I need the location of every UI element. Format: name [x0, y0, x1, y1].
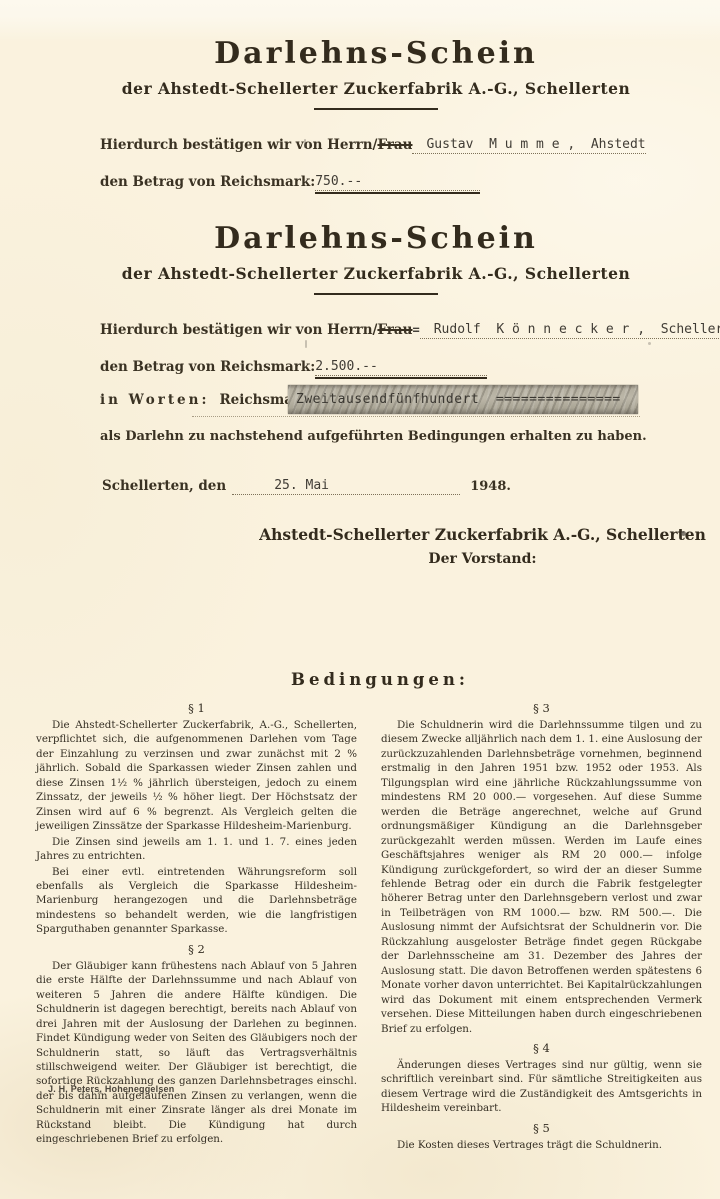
confirm-label: Hierdurch bestätigen wir von Herrn/Frau	[100, 137, 412, 153]
amount-line-top: den Betrag von Reichsmark: 750.--	[100, 174, 480, 191]
amount-label: den Betrag von Reichsmark:	[100, 174, 315, 190]
confirm-label-struck-frau: Frau	[377, 137, 412, 153]
confirm-label-struck-frau-2: Frau	[377, 322, 412, 338]
confirm-name-line-main: Hierdurch bestätigen wir von Herrn/Frau=…	[100, 322, 700, 339]
typewriter-overstrike: =	[412, 323, 419, 337]
section-1-paragraph: Bei einer evtl. eintretenden Währungsref…	[36, 865, 357, 937]
typed-name-value-2: Rudolf K ö n n e c k e r , Schellerten	[420, 322, 720, 337]
date-fill-line: 25. Mai	[232, 478, 460, 495]
printer-imprint: J. H. Peters, Hoheneggelsen	[48, 1084, 174, 1094]
section-5-paragraph: Die Kosten dieses Vertrages trägt die Sc…	[381, 1138, 702, 1152]
section-3-heading: § 3	[381, 701, 702, 715]
amount-fill-line: 750.--	[315, 174, 480, 191]
section-2-paragraph: Der Gläubiger kann frühestens nach Ablau…	[36, 959, 357, 1147]
confirm-label-2: Hierdurch bestätigen wir von Herrn/Frau=	[100, 322, 420, 338]
typed-amount-value: 750.--	[315, 174, 362, 189]
amount-label-2: den Betrag von Reichsmark:	[100, 359, 315, 375]
typed-date-value: 25. Mai	[232, 478, 329, 493]
year-label: 1948.	[470, 479, 511, 494]
conditions-right-column: § 3 Die Schuldnerin wird die Darlehnssum…	[381, 696, 702, 1153]
certificate-main-title: Darlehns-Schein	[32, 221, 720, 256]
scan-speck	[648, 342, 651, 345]
certificate-top-title: Darlehns-Schein	[32, 36, 720, 71]
board-signature-line: Der Vorstand:	[245, 551, 720, 567]
section-2-heading: § 2	[36, 942, 357, 956]
section-1-paragraph: Die Zinsen sind jeweils am 1. 1. und 1. …	[36, 835, 357, 864]
in-words-dotted-underline	[192, 402, 640, 417]
company-signature-line: Ahstedt-Schellerter Zuckerfabrik A.-G., …	[245, 525, 720, 544]
certificate-main-subtitle: der Ahstedt-Schellerter Zuckerfabrik A.-…	[32, 264, 720, 283]
conditions-heading: Bedingungen:	[40, 670, 720, 689]
title-divider-rule	[314, 108, 438, 110]
confirm-label-text-2: Hierdurch bestätigen wir von Herrn/	[100, 322, 377, 338]
section-5-heading: § 5	[381, 1121, 702, 1135]
certificate-top-subtitle: der Ahstedt-Schellerter Zuckerfabrik A.-…	[32, 79, 720, 98]
title-divider-rule-2	[314, 293, 438, 295]
receipt-statement: als Darlehn zu nachstehend aufgeführten …	[100, 429, 647, 444]
name-fill-line-2: Rudolf K ö n n e c k e r , Schellerten	[420, 322, 720, 339]
scanned-document-page: Darlehns-Schein der Ahstedt-Schellerter …	[0, 0, 720, 1199]
section-1-paragraph: Die Ahstedt-Schellerter Zuckerfabrik, A.…	[36, 718, 357, 834]
scan-crease-mark	[305, 340, 307, 348]
scan-crease-mark	[304, 139, 306, 148]
amount-fill-line-2: 2.500.--	[315, 359, 487, 376]
confirm-label-text: Hierdurch bestätigen wir von Herrn/	[100, 137, 377, 153]
place-label: Schellerten, den	[102, 478, 226, 494]
section-3-paragraph: Die Schuldnerin wird die Darlehnssumme t…	[381, 718, 702, 1036]
name-fill-line: Gustav M u m m e , Ahstedt	[412, 137, 645, 154]
amount-line-main: den Betrag von Reichsmark: 2.500.--	[100, 359, 487, 376]
scan-speck	[681, 531, 686, 536]
confirm-name-line-top: Hierdurch bestätigen wir von Herrn/Frau …	[100, 137, 640, 154]
place-date-line: Schellerten, den 25. Mai 1948.	[102, 478, 511, 495]
typed-amount-value-2: 2.500.--	[315, 359, 378, 374]
typed-name-value: Gustav M u m m e , Ahstedt	[412, 137, 645, 152]
section-1-heading: § 1	[36, 701, 357, 715]
section-4-heading: § 4	[381, 1041, 702, 1055]
section-4-paragraph: Änderungen dieses Vertrages sind nur gül…	[381, 1058, 702, 1116]
